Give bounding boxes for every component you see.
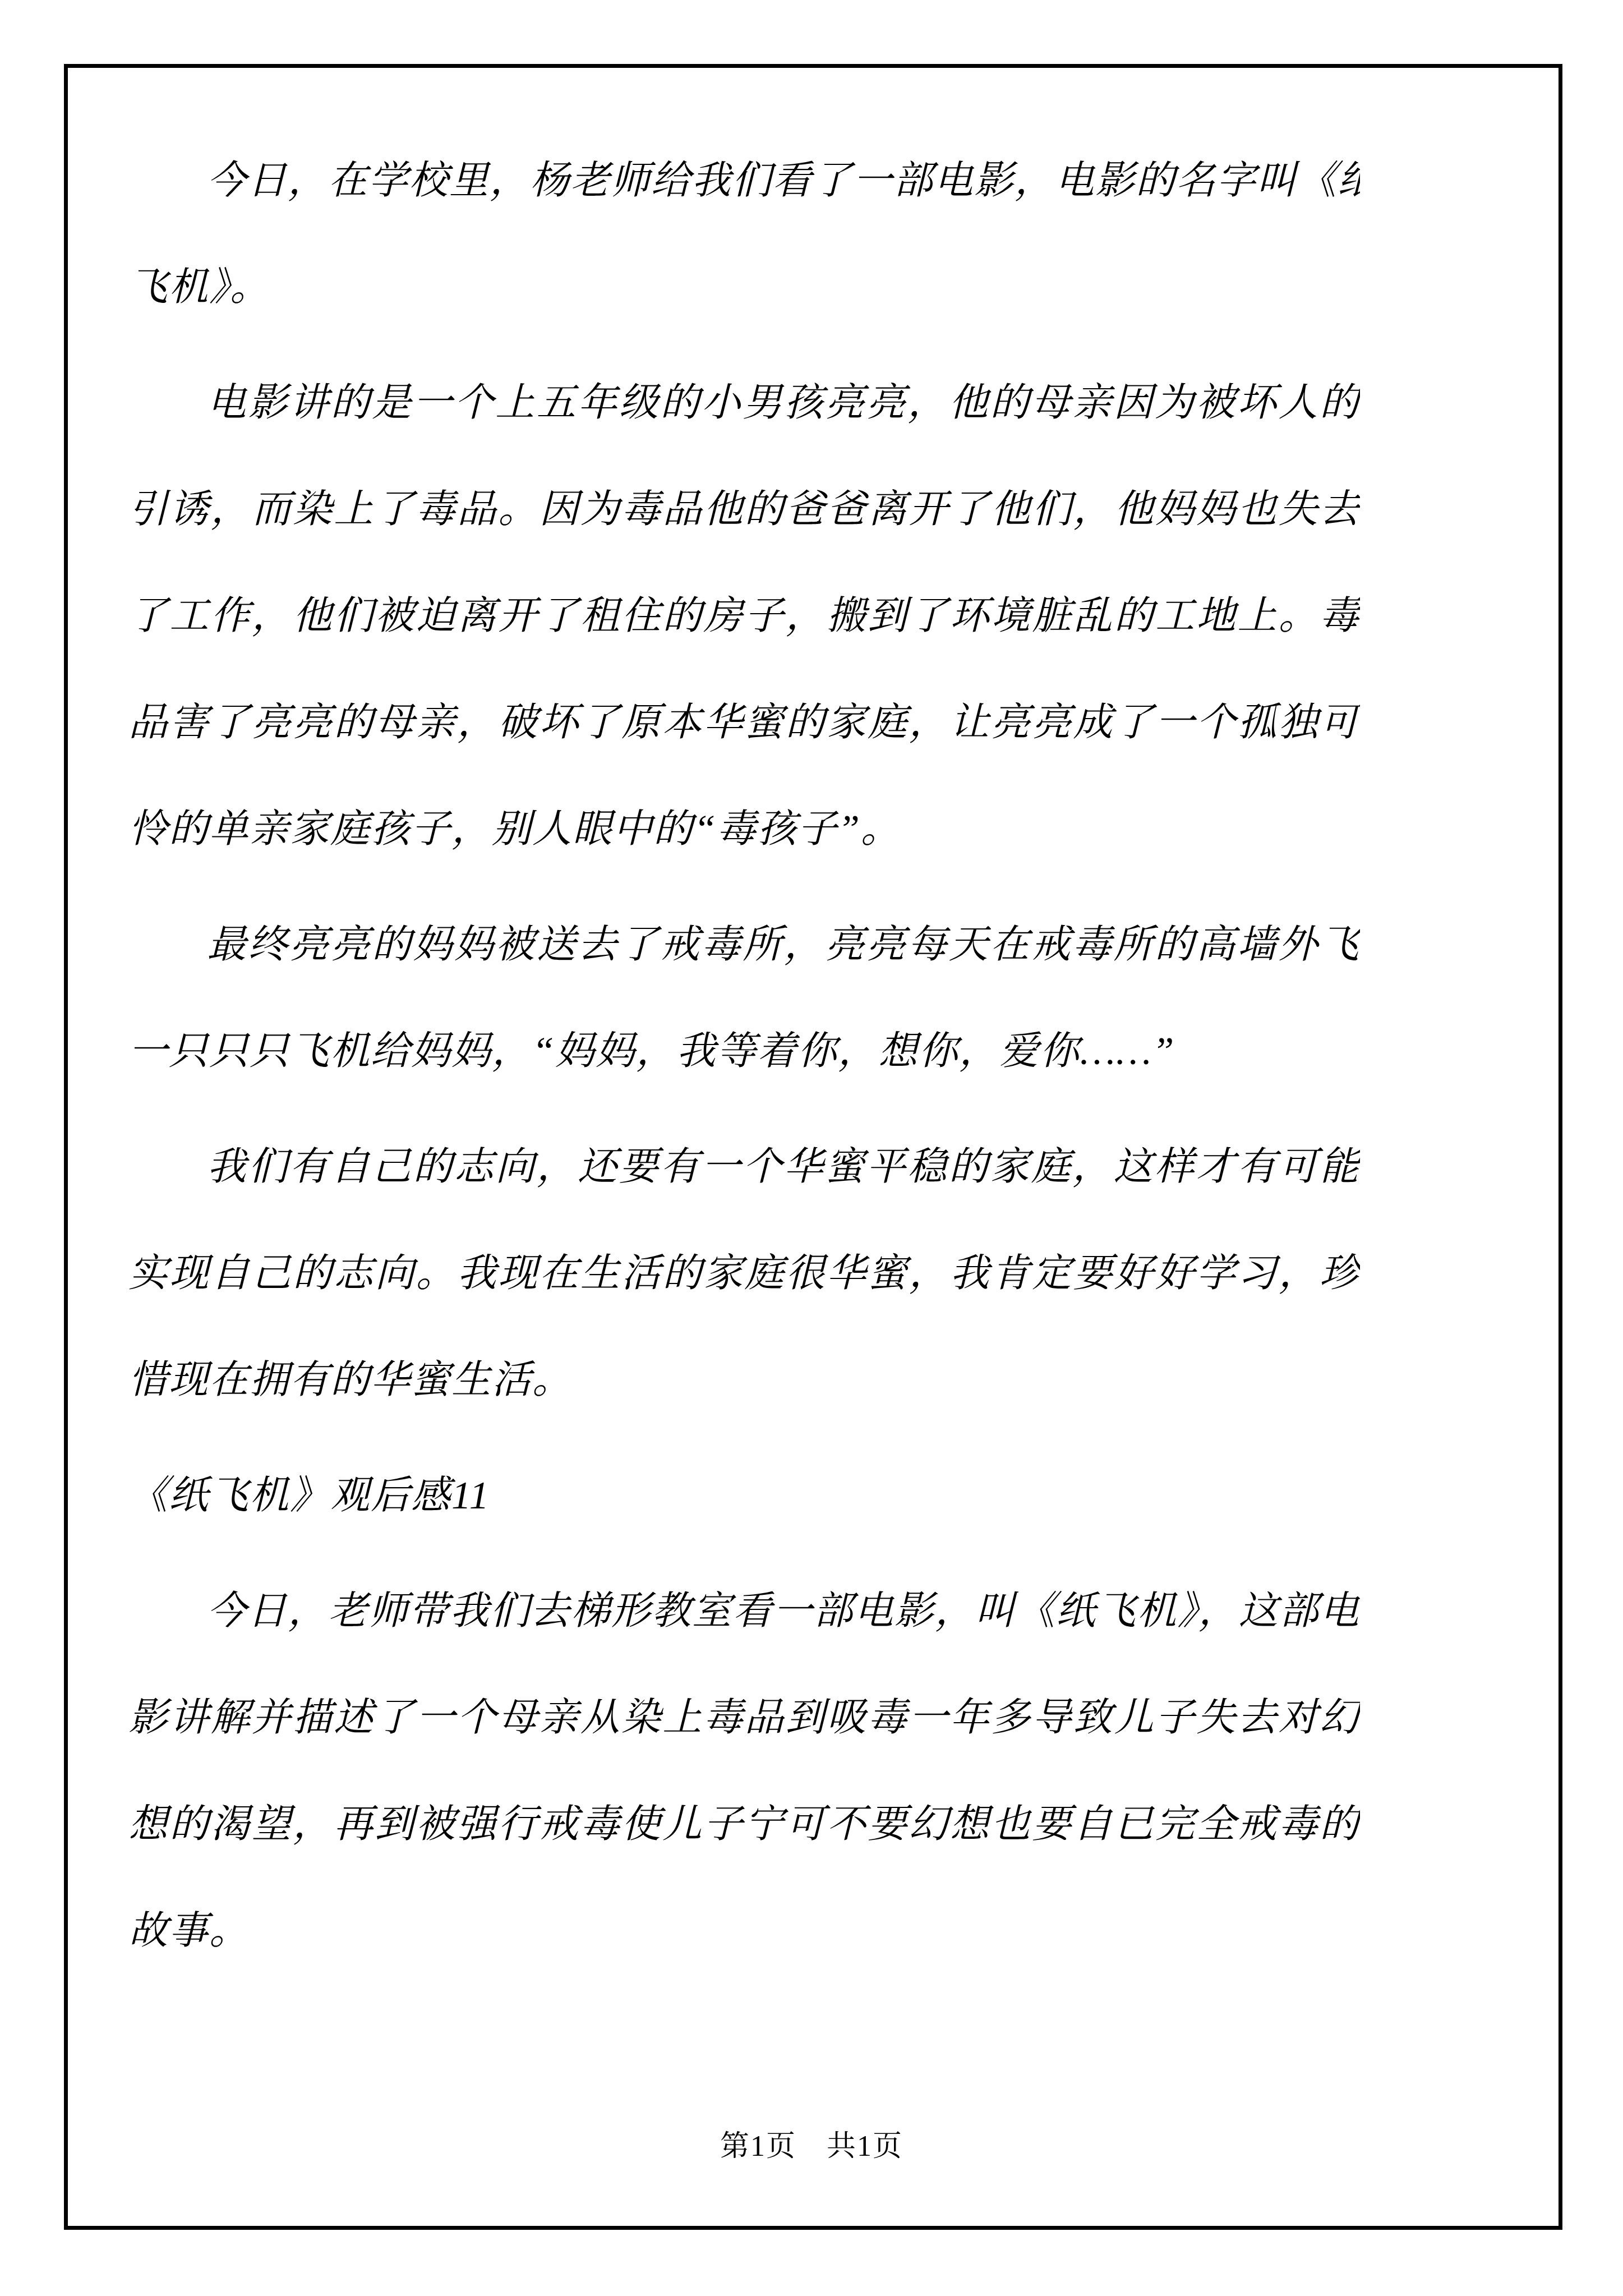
- text-line: 引诱，而染上了毒品。因为毒品他的爸爸离开了他们，他妈妈也失去: [128, 457, 1360, 563]
- text-line: 我们有自己的志向，还要有一个华蜜平稳的家庭，这样才有可能: [128, 1114, 1360, 1221]
- page-footer: 第1页 共1页: [0, 2129, 1623, 2164]
- text-line: 了工作，他们被迫离开了租住的房子，搬到了环境脏乱的工地上。毒: [128, 563, 1360, 670]
- document-page: 今日，在学校里，杨老师给我们看了一部电影，电影的名字叫《纸 飞机》。 电影讲的是…: [0, 0, 1623, 2296]
- text-line: 影讲解并描述了一个母亲从染上毒品到吸毒一年多导致儿子失去对幻: [128, 1665, 1360, 1772]
- text-line: 惜现在拥有的华蜜生活。: [128, 1327, 1360, 1434]
- text-line: 最终亮亮的妈妈被送去了戒毒所，亮亮每天在戒毒所的高墙外飞: [128, 892, 1360, 999]
- text-block: 今日，在学校里，杨老师给我们看了一部电影，电影的名字叫《纸 飞机》。 电影讲的是…: [128, 128, 1360, 1994]
- text-line: 实现自己的志向。我现在生活的家庭很华蜜，我肯定要好好学习，珍: [128, 1221, 1360, 1327]
- page-number: 第1页 共1页: [720, 2131, 903, 2162]
- text-line: 今日，在学校里，杨老师给我们看了一部电影，电影的名字叫《纸: [128, 128, 1360, 234]
- text-line: 一只只只飞机给妈妈，“妈妈，我等着你，想你，爱你……”: [128, 999, 1360, 1105]
- text-line: 想的渴望，再到被强行戒毒使儿子宁可不要幻想也要自已完全戒毒的: [128, 1772, 1360, 1878]
- heading-line: 《纸飞机》观后感11: [128, 1443, 1360, 1549]
- text-line: 故事。: [128, 1878, 1360, 1985]
- text-line: 飞机》。: [128, 234, 1360, 341]
- text-line: 电影讲的是一个上五年级的小男孩亮亮，他的母亲因为被坏人的: [128, 350, 1360, 457]
- text-line: 品害了亮亮的母亲，破坏了原本华蜜的家庭，让亮亮成了一个孤独可: [128, 670, 1360, 776]
- text-line: 今日，老师带我们去梯形教室看一部电影，叫《纸飞机》，这部电: [128, 1558, 1360, 1665]
- text-line: 怜的单亲家庭孩子，别人眼中的“毒孩子”。: [128, 776, 1360, 883]
